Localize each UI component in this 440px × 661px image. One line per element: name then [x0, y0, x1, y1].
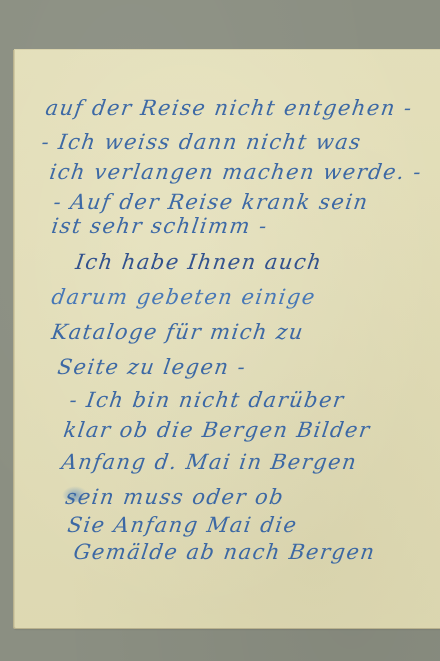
handwritten-line-1: auf der Reise nicht entgehen - [44, 96, 414, 120]
handwritten-line-12: Anfang d. Mai in Bergen [60, 450, 359, 474]
handwritten-line-9: Seite zu legen - [56, 355, 248, 379]
handwritten-line-15: Gemälde ab nach Bergen [72, 540, 377, 564]
handwritten-line-5: ist sehr schlimm - [50, 214, 270, 238]
handwritten-line-11: klar ob die Bergen Bilder [62, 418, 372, 442]
handwritten-line-2: - Ich weiss dann nicht was [40, 130, 363, 154]
handwritten-line-13: sein muss oder ob [64, 485, 286, 509]
handwritten-line-3: ich verlangen machen werde. - [48, 160, 424, 184]
handwritten-line-14: Sie Anfang Mai die [66, 513, 299, 537]
handwritten-line-8: Kataloge für mich zu [50, 320, 306, 344]
handwritten-line-10: - Ich bin nicht darüber [68, 388, 346, 412]
handwritten-line-4: - Auf der Reise krank sein [52, 190, 370, 214]
handwritten-line-6: Ich habe Ihnen auch [74, 250, 324, 274]
handwritten-line-7: darum gebeten einige [50, 285, 318, 309]
